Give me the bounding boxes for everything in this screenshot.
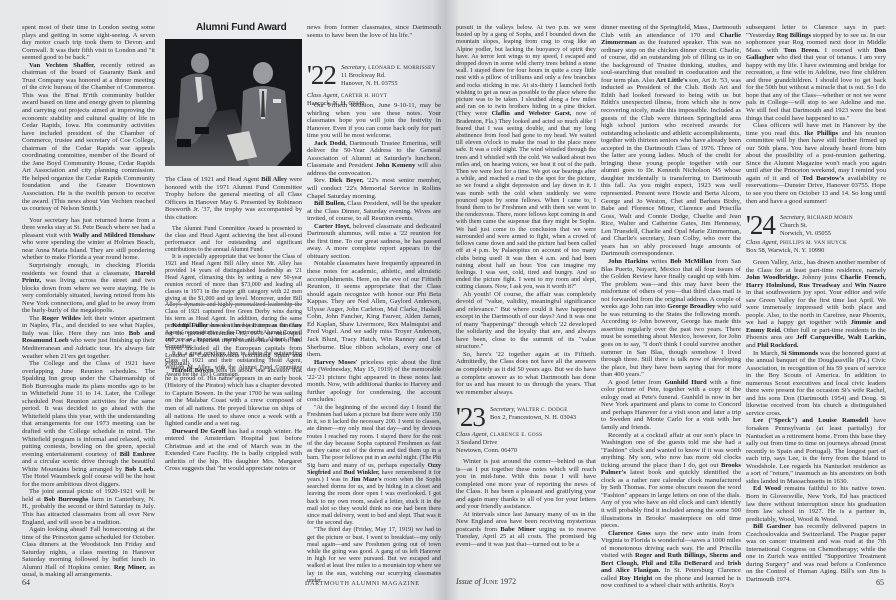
person-name: Bob McMillan <box>670 258 712 265</box>
paragraph: In March, Si Simmonds was the honored gu… <box>746 350 886 418</box>
paragraph: Lee ("Speck") and Louise Ramsdell have f… <box>746 417 886 485</box>
page-65: pursuit in the valleys below. At two p.m… <box>446 0 896 600</box>
person-name: John Harkins <box>608 258 648 265</box>
person-name: Roger Wildes <box>42 315 81 322</box>
paragraph: "At the beginning of the second day I fo… <box>307 404 441 526</box>
paragraph: Notable classmates have frequently appea… <box>307 260 441 358</box>
paragraph: The joint annual picnic of 1920-1921 wil… <box>22 488 155 526</box>
person-name: Dick Beyer, <box>329 177 363 184</box>
paragraph: John Harkins writes Bob McMillan from Sa… <box>601 258 741 379</box>
person-name: Bill Bullen, <box>314 200 346 207</box>
person-name: John Kemeny <box>375 162 415 169</box>
paragraph: Your secretary has just returned home fr… <box>22 217 155 262</box>
person-name: Lee ("Speck") and Louise Ramsdell <box>753 417 868 424</box>
class-heading-24: '24 Secretary, Richard Morin Church St. … <box>746 212 886 256</box>
person-name: Jack Dodd, <box>314 140 347 147</box>
paragraph: subsequent letter to Clarence says in pa… <box>746 24 886 122</box>
class-heading-23: '23 Secretary, Walter C. Dodge Box 2, Fr… <box>456 404 596 448</box>
paragraph: Winter is just around the corner—behind … <box>456 458 596 511</box>
person-name: Si Simmonds <box>781 350 818 357</box>
award-photo <box>165 39 302 166</box>
paragraph: Kemp Fuller has sent us his European iti… <box>165 322 302 367</box>
class-heading-22: '22 Secretary, Leonard E. Morrissey 11 B… <box>307 62 441 102</box>
person-name: Babe Miner <box>500 526 535 533</box>
person-name: Bob Loeb. <box>125 466 155 473</box>
paragraph: Bill Gardner has recently delivered pape… <box>746 523 886 583</box>
person-name: Claflin and Webster Garst, <box>492 110 572 117</box>
paragraph: "The third day (Friday, May 17, 1919) we… <box>307 526 441 584</box>
paragraph: Ed Wood remains faithful to his native t… <box>746 485 886 523</box>
person-name: Ike Phillips <box>804 130 838 137</box>
person-name: Tom Breen. <box>784 47 820 54</box>
paragraph: Surprisingly enough, in checking Florida… <box>22 262 155 315</box>
class-agent-info: Class Agent, Clarence E. Goss 3 Sealand … <box>456 431 542 454</box>
column-4: pursuit in the valleys below. At two p.m… <box>456 24 596 396</box>
paragraph: Our Fiftieth Reunion, June 9-10-11, may … <box>307 102 441 140</box>
person-name: Durward De Groff <box>172 428 226 435</box>
paragraph: news from former classmates, since Dartm… <box>307 24 441 39</box>
column-6: subsequent letter to Clarence says in pa… <box>746 24 886 205</box>
paragraph: Clarence Goss says the new auto train fr… <box>601 530 741 590</box>
column-6-body: Green Valley, Ariz., has drawn another m… <box>746 259 886 584</box>
person-name: Harvey Moses' <box>314 359 358 366</box>
award-caption: The Class of 1921 and Head Agent Bill Al… <box>165 176 302 221</box>
person-name: Kemp Fuller <box>172 322 209 329</box>
person-name: Ted Barstow's <box>802 175 844 182</box>
person-name: Carter Hoyt, <box>314 223 351 230</box>
person-name: Jeff Carqueville, Walt Larkin, <box>796 334 886 341</box>
page-64: spent most of their time in London seein… <box>0 0 446 600</box>
paragraph: So, here's '22 together again at its Fif… <box>456 351 596 396</box>
paragraph: Carter Hoyt, beloved classmate and dedic… <box>307 223 441 261</box>
class-year: '24 <box>746 212 775 239</box>
paragraph: Harvey Moses' priceless epic about the f… <box>307 359 441 404</box>
paragraph: A good letter from Gunhild Hurd with a f… <box>601 379 741 432</box>
column-1: spent most of their time in London seein… <box>22 24 155 579</box>
paragraph: Ah youth! Of course, the affair was comp… <box>456 291 596 351</box>
secretary-info: Secretary, Leonard E. Morrissey 11 Brock… <box>341 64 436 87</box>
paragraph: Green Valley, Ariz., has drawn another m… <box>746 259 886 350</box>
paragraph: spent most of their time in London seein… <box>22 24 155 62</box>
page-number-right: 65 <box>876 578 884 587</box>
footer-magazine-title: DARTMOUTH ALUMNI MAGAZINE <box>305 580 420 587</box>
paragraph: pursuit in the valleys below. At two p.m… <box>456 24 596 291</box>
person-name: Van Vechten Shaffer, <box>29 62 95 69</box>
person-name: Jim Maze's <box>350 476 381 483</box>
class-year: '23 <box>456 404 485 431</box>
paragraph: Bill Bullen, Class President, will be th… <box>307 200 441 223</box>
award-title: Alumni Fund Award <box>196 22 287 33</box>
person-name: Bill Embree <box>120 451 155 458</box>
person-name: Bill Gardner <box>753 523 791 530</box>
class-agent-info: Class Agent, Phillips M. Van Huyck Box 5… <box>746 239 847 255</box>
photo-two-men-icon <box>165 39 302 166</box>
paragraph: dinner meeting of the Springfield, Mass.… <box>601 24 741 258</box>
person-name: George Broadley <box>667 303 715 310</box>
person-name: Roy Height <box>619 575 652 582</box>
person-name: Ed Wood <box>753 485 781 492</box>
paragraph: Van Vechten Shaffer, recently retired as… <box>22 62 155 213</box>
secretary-info: Secretary, Walter C. Dodge Box 2, France… <box>490 406 576 422</box>
column-2-lower: Kemp Fuller has sent us his European iti… <box>165 322 302 473</box>
column-3-body: Our Fiftieth Reunion, June 9-10-11, may … <box>307 102 441 584</box>
paragraph: Durward De Groff has had a rough winter.… <box>165 428 302 473</box>
paragraph: The Alumni Fund Committee Award is prese… <box>165 226 302 254</box>
person-name: Gunhild Hurd <box>665 379 707 386</box>
divider <box>165 304 302 305</box>
paragraph: The College and the Class of 1921 have o… <box>22 360 155 488</box>
person-name: Harold Bowen <box>172 367 214 374</box>
person-name: Win Nazro <box>854 282 886 289</box>
person-name: Bob Burroughs <box>44 496 89 503</box>
paragraph: Harold Bowen tells us about one ancestor… <box>165 367 302 427</box>
column-4-body: Winter is just around the corner—behind … <box>456 458 596 549</box>
paragraph: Class officers will have met in Hanover … <box>746 122 886 205</box>
paragraph: Rev. Dick Beyer, '22's most senior membe… <box>307 177 441 200</box>
paragraph: Jack Dodd, Dartmouth Trustee Emeritus, w… <box>307 140 441 178</box>
person-name: Wally and Mildred Henshaw <box>73 232 155 239</box>
paragraph: The Roger Wildes left their winter apart… <box>22 315 155 360</box>
class-year: '22 <box>307 62 336 89</box>
paragraph: Recently at a cocktail affair at our son… <box>601 432 741 530</box>
page-number-left: 64 <box>22 578 30 587</box>
magazine-spread: spent most of their time in London seein… <box>0 0 896 600</box>
person-name: Rog Billings <box>777 32 811 39</box>
person-name: John Woodbridge. <box>746 274 799 281</box>
secretary-info: Secretary, Richard Morin Church St. Norw… <box>780 214 853 237</box>
person-name: Bill Alley <box>261 176 287 183</box>
person-name: Phil Rockford. <box>757 342 798 349</box>
person-name: Clarence Goss <box>608 530 651 537</box>
person-name: Reg Miner, <box>114 564 147 571</box>
paragraph: At intervals since last January many of … <box>456 511 596 549</box>
paragraph: Again looking ahead! Fall homecoming at … <box>22 526 155 579</box>
person-name: Art Little's <box>656 77 687 84</box>
person-name: Bud Winkler, <box>344 469 380 476</box>
footer-issue-date: Issue of June 1972 <box>456 577 516 586</box>
column-3: news from former classmates, since Dartm… <box>307 24 441 39</box>
column-5: dinner meeting of the Springfield, Mass.… <box>601 24 741 590</box>
